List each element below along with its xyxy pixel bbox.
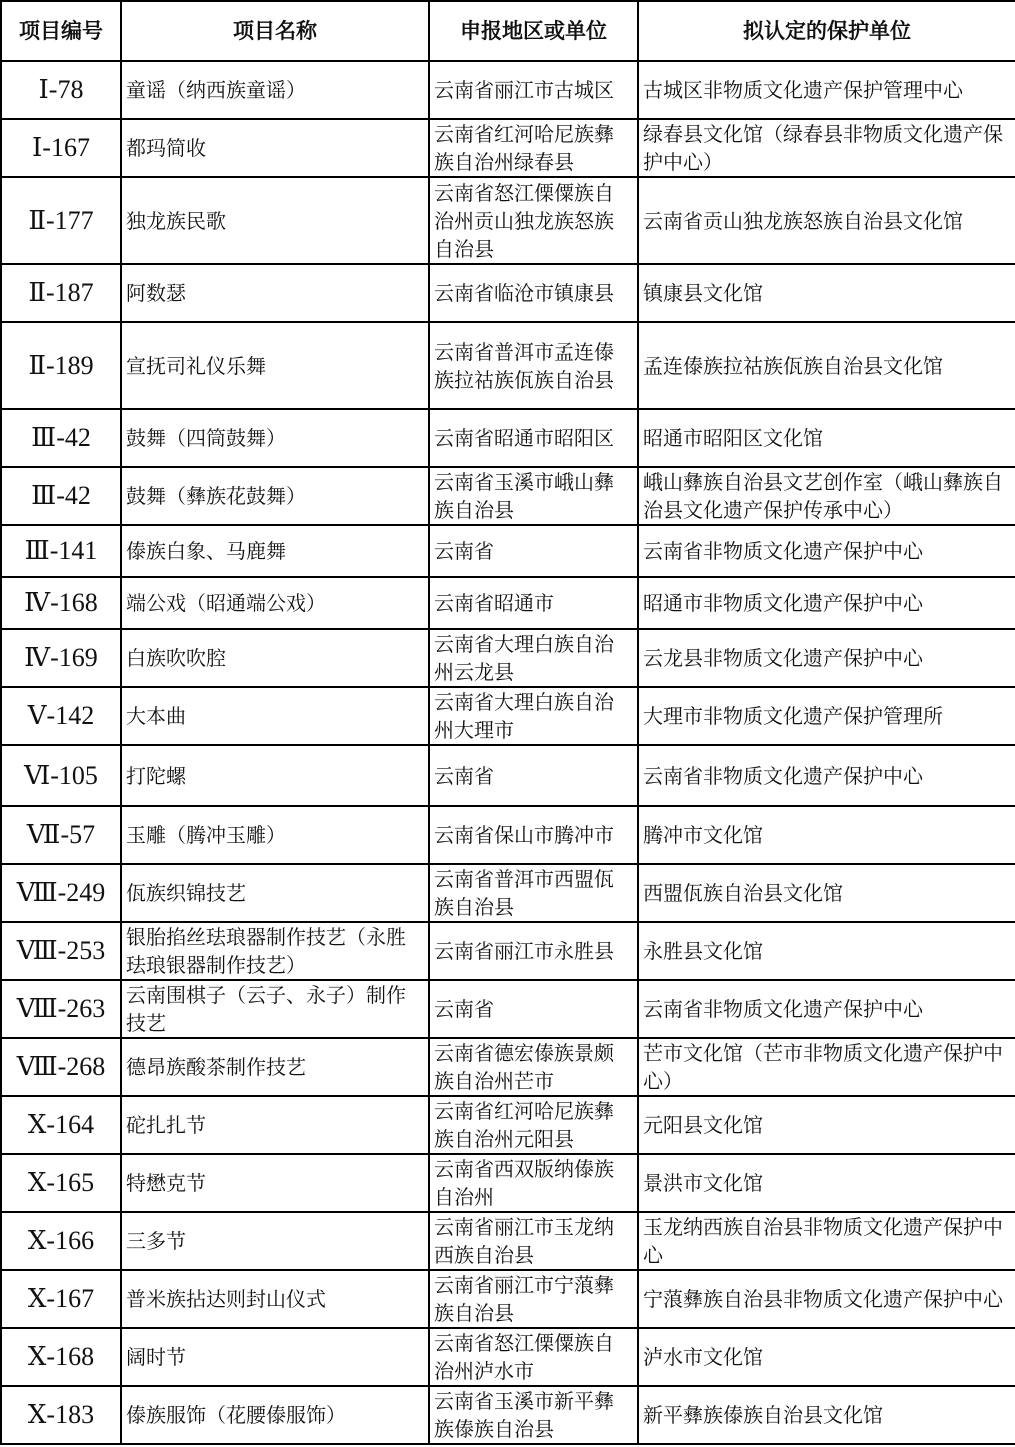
protection-unit-cell: 宁蒗彝族自治县非物质文化遗产保护中心 [638,1270,1015,1328]
project-name-cell: 阿数瑟 [121,264,429,322]
project-code-cell: Ⅳ-169 [1,629,121,687]
project-name-cell: 鼓舞（彝族花鼓舞） [121,467,429,525]
project-code-cell: Ⅱ-177 [1,177,121,264]
project-name-cell: 德昂族酸茶制作技艺 [121,1038,429,1096]
protection-unit-cell: 云南省贡山独龙族怒族自治县文化馆 [638,177,1015,264]
project-name-cell: 端公戏（昭通端公戏） [121,577,429,629]
table-row: Ⅲ-42鼓舞（彝族花鼓舞）云南省玉溪市峨山彝族自治县峨山彝族自治县文艺创作室（峨… [1,467,1015,525]
project-name-cell: 特懋克节 [121,1154,429,1212]
table-row: Ⅵ-105打陀螺云南省云南省非物质文化遗产保护中心 [1,745,1015,806]
protection-unit-cell: 云南省非物质文化遗产保护中心 [638,745,1015,806]
region-cell: 云南省德宏傣族景颇族自治州芒市 [429,1038,638,1096]
project-code-cell: Ⅹ-164 [1,1096,121,1154]
protection-unit-cell: 泸水市文化馆 [638,1328,1015,1386]
project-name-cell: 佤族织锦技艺 [121,864,429,922]
region-cell: 云南省玉溪市峨山彝族自治县 [429,467,638,525]
protection-unit-cell: 景洪市文化馆 [638,1154,1015,1212]
project-name-cell: 傣族服饰（花腰傣服饰） [121,1386,429,1444]
table-row: Ⅱ-189宣抚司礼仪乐舞云南省普洱市孟连傣族拉祜族佤族自治县孟连傣族拉祜族佤族自… [1,322,1015,409]
project-code-cell: Ⅱ-187 [1,264,121,322]
region-cell: 云南省丽江市玉龙纳西族自治县 [429,1212,638,1270]
region-cell: 云南省 [429,525,638,577]
table-row: Ⅲ-141傣族白象、马鹿舞云南省云南省非物质文化遗产保护中心 [1,525,1015,577]
project-code-cell: Ⅰ-167 [1,119,121,177]
project-name-cell: 砣扎扎节 [121,1096,429,1154]
project-name-cell: 宣抚司礼仪乐舞 [121,322,429,409]
region-cell: 云南省红河哈尼族彝族自治州绿春县 [429,119,638,177]
table-row: Ⅰ-167都玛简收云南省红河哈尼族彝族自治州绿春县绿春县文化馆（绿春县非物质文化… [1,119,1015,177]
region-cell: 云南省大理白族自治州大理市 [429,687,638,745]
project-name-cell: 都玛简收 [121,119,429,177]
table-body: Ⅰ-78童谣（纳西族童谣）云南省丽江市古城区古城区非物质文化遗产保护管理中心Ⅰ-… [1,61,1015,1444]
protection-unit-cell: 昭通市非物质文化遗产保护中心 [638,577,1015,629]
region-cell: 云南省 [429,980,638,1038]
region-cell: 云南省 [429,745,638,806]
region-cell: 云南省红河哈尼族彝族自治州元阳县 [429,1096,638,1154]
region-cell: 云南省怒江傈僳族自治州泸水市 [429,1328,638,1386]
project-code-cell: Ⅱ-189 [1,322,121,409]
project-code-cell: Ⅷ-253 [1,922,121,980]
project-code-cell: Ⅹ-165 [1,1154,121,1212]
table-header-row: 项目编号 项目名称 申报地区或单位 拟认定的保护单位 [1,1,1015,61]
header-protection-unit: 拟认定的保护单位 [638,1,1015,61]
table-row: Ⅳ-169白族吹吹腔云南省大理白族自治州云龙县云龙县非物质文化遗产保护中心 [1,629,1015,687]
table-row: Ⅹ-183傣族服饰（花腰傣服饰）云南省玉溪市新平彝族傣族自治县新平彝族傣族自治县… [1,1386,1015,1444]
region-cell: 云南省丽江市永胜县 [429,922,638,980]
project-code-cell: Ⅷ-263 [1,980,121,1038]
project-name-cell: 大本曲 [121,687,429,745]
project-name-cell: 普米族拈达则封山仪式 [121,1270,429,1328]
protection-unit-cell: 腾冲市文化馆 [638,806,1015,864]
table-row: Ⅹ-168阔时节云南省怒江傈僳族自治州泸水市泸水市文化馆 [1,1328,1015,1386]
project-name-cell: 阔时节 [121,1328,429,1386]
table-row: Ⅹ-166三多节云南省丽江市玉龙纳西族自治县玉龙纳西族自治县非物质文化遗产保护中… [1,1212,1015,1270]
region-cell: 云南省昭通市昭阳区 [429,409,638,467]
table-row: Ⅳ-168端公戏（昭通端公戏）云南省昭通市昭通市非物质文化遗产保护中心 [1,577,1015,629]
project-name-cell: 鼓舞（四筒鼓舞） [121,409,429,467]
header-project-code: 项目编号 [1,1,121,61]
protection-unit-cell: 绿春县文化馆（绿春县非物质文化遗产保护中心） [638,119,1015,177]
protection-unit-cell: 玉龙纳西族自治县非物质文化遗产保护中心 [638,1212,1015,1270]
project-code-cell: Ⅲ-141 [1,525,121,577]
project-name-cell: 银胎掐丝珐琅器制作技艺（永胜珐琅银器制作技艺） [121,922,429,980]
region-cell: 云南省丽江市宁蒗彝族自治县 [429,1270,638,1328]
project-code-cell: Ⅹ-183 [1,1386,121,1444]
protection-unit-cell: 西盟佤族自治县文化馆 [638,864,1015,922]
protection-unit-cell: 新平彝族傣族自治县文化馆 [638,1386,1015,1444]
region-cell: 云南省西双版纳傣族自治州 [429,1154,638,1212]
table-row: Ⅴ-142大本曲云南省大理白族自治州大理市大理市非物质文化遗产保护管理所 [1,687,1015,745]
project-code-cell: Ⅶ-57 [1,806,121,864]
header-project-name: 项目名称 [121,1,429,61]
table-row: Ⅱ-187阿数瑟云南省临沧市镇康县镇康县文化馆 [1,264,1015,322]
table-row: Ⅹ-165特懋克节云南省西双版纳傣族自治州景洪市文化馆 [1,1154,1015,1212]
table-row: Ⅱ-177独龙族民歌云南省怒江傈僳族自治州贡山独龙族怒族自治县云南省贡山独龙族怒… [1,177,1015,264]
project-code-cell: Ⅰ-78 [1,61,121,119]
region-cell: 云南省保山市腾冲市 [429,806,638,864]
project-code-cell: Ⅹ-167 [1,1270,121,1328]
region-cell: 云南省昭通市 [429,577,638,629]
region-cell: 云南省普洱市西盟佤族自治县 [429,864,638,922]
heritage-protection-table: 项目编号 项目名称 申报地区或单位 拟认定的保护单位 Ⅰ-78童谣（纳西族童谣）… [0,0,1015,1445]
project-name-cell: 独龙族民歌 [121,177,429,264]
header-region: 申报地区或单位 [429,1,638,61]
project-name-cell: 白族吹吹腔 [121,629,429,687]
protection-unit-cell: 大理市非物质文化遗产保护管理所 [638,687,1015,745]
protection-unit-cell: 古城区非物质文化遗产保护管理中心 [638,61,1015,119]
protection-unit-cell: 元阳县文化馆 [638,1096,1015,1154]
project-name-cell: 云南围棋子（云子、永子）制作技艺 [121,980,429,1038]
protection-unit-cell: 芒市文化馆（芒市非物质文化遗产保护中心） [638,1038,1015,1096]
project-code-cell: Ⅲ-42 [1,409,121,467]
table-row: Ⅲ-42鼓舞（四筒鼓舞）云南省昭通市昭阳区昭通市昭阳区文化馆 [1,409,1015,467]
protection-unit-cell: 永胜县文化馆 [638,922,1015,980]
table-row: Ⅰ-78童谣（纳西族童谣）云南省丽江市古城区古城区非物质文化遗产保护管理中心 [1,61,1015,119]
protection-unit-cell: 镇康县文化馆 [638,264,1015,322]
table-row: Ⅹ-167普米族拈达则封山仪式云南省丽江市宁蒗彝族自治县宁蒗彝族自治县非物质文化… [1,1270,1015,1328]
table-row: Ⅹ-164砣扎扎节云南省红河哈尼族彝族自治州元阳县元阳县文化馆 [1,1096,1015,1154]
protection-unit-cell: 峨山彝族自治县文艺创作室（峨山彝族自治县文化遗产保护传承中心） [638,467,1015,525]
protection-unit-cell: 孟连傣族拉祜族佤族自治县文化馆 [638,322,1015,409]
table-row: Ⅶ-57玉雕（腾冲玉雕）云南省保山市腾冲市腾冲市文化馆 [1,806,1015,864]
protection-unit-cell: 云龙县非物质文化遗产保护中心 [638,629,1015,687]
project-code-cell: Ⅳ-168 [1,577,121,629]
project-code-cell: Ⅴ-142 [1,687,121,745]
project-code-cell: Ⅹ-168 [1,1328,121,1386]
project-code-cell: Ⅲ-42 [1,467,121,525]
region-cell: 云南省临沧市镇康县 [429,264,638,322]
table-row: Ⅷ-249佤族织锦技艺云南省普洱市西盟佤族自治县西盟佤族自治县文化馆 [1,864,1015,922]
table-row: Ⅷ-263云南围棋子（云子、永子）制作技艺云南省云南省非物质文化遗产保护中心 [1,980,1015,1038]
project-name-cell: 傣族白象、马鹿舞 [121,525,429,577]
project-name-cell: 童谣（纳西族童谣） [121,61,429,119]
project-code-cell: Ⅵ-105 [1,745,121,806]
project-code-cell: Ⅷ-249 [1,864,121,922]
region-cell: 云南省大理白族自治州云龙县 [429,629,638,687]
project-name-cell: 打陀螺 [121,745,429,806]
region-cell: 云南省怒江傈僳族自治州贡山独龙族怒族自治县 [429,177,638,264]
protection-unit-cell: 云南省非物质文化遗产保护中心 [638,525,1015,577]
table-row: Ⅷ-268德昂族酸茶制作技艺云南省德宏傣族景颇族自治州芒市芒市文化馆（芒市非物质… [1,1038,1015,1096]
project-name-cell: 三多节 [121,1212,429,1270]
project-name-cell: 玉雕（腾冲玉雕） [121,806,429,864]
protection-unit-cell: 云南省非物质文化遗产保护中心 [638,980,1015,1038]
project-code-cell: Ⅹ-166 [1,1212,121,1270]
protection-unit-cell: 昭通市昭阳区文化馆 [638,409,1015,467]
region-cell: 云南省玉溪市新平彝族傣族自治县 [429,1386,638,1444]
region-cell: 云南省普洱市孟连傣族拉祜族佤族自治县 [429,322,638,409]
table-row: Ⅷ-253银胎掐丝珐琅器制作技艺（永胜珐琅银器制作技艺）云南省丽江市永胜县永胜县… [1,922,1015,980]
project-code-cell: Ⅷ-268 [1,1038,121,1096]
region-cell: 云南省丽江市古城区 [429,61,638,119]
